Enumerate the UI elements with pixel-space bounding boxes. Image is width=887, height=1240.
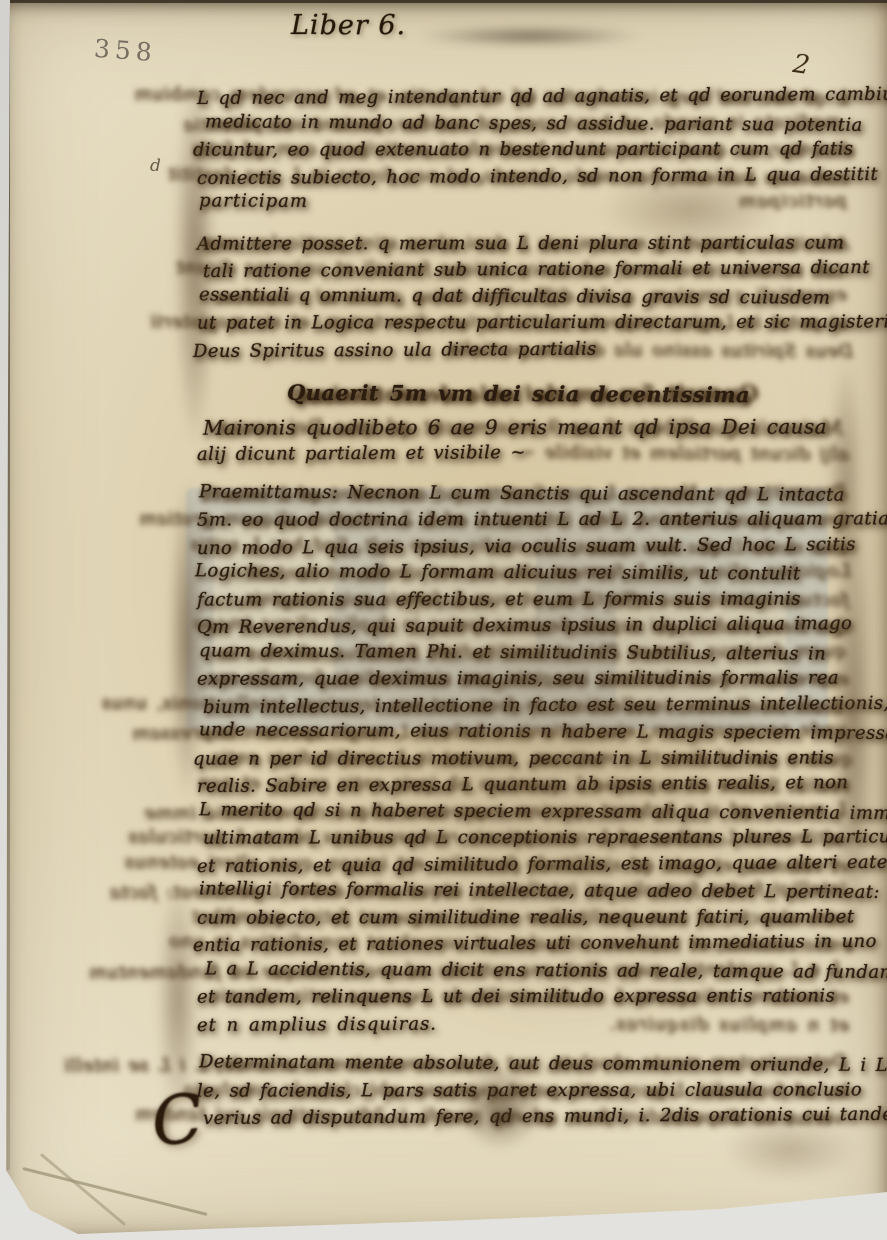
manuscript-line: Praemittamus: Necnon L cum Sanctis qui a… <box>199 479 851 509</box>
manuscript-line: entia rationis, et rationes virtuales ut… <box>193 929 849 960</box>
manuscript-line: ultimatam L unibus qd L conceptionis rep… <box>203 824 849 852</box>
manuscript-line: Qm Reverendus, qui sapuit deximus ipsius… <box>197 611 849 641</box>
manuscript-line: et rationis, et quia qd similitudo forma… <box>197 850 849 880</box>
manuscript-line: cum obiecto, et cum similitudine realis,… <box>197 904 849 932</box>
manuscript-line: 5m. eo quod doctrina idem intuenti L ad … <box>197 506 849 534</box>
initial-c-flourish: C <box>148 1080 206 1162</box>
manuscript-line: alij dicunt partialem et visibile ~ <box>197 438 849 468</box>
folio-number-pencil: 358 <box>93 34 158 67</box>
manuscript-line: quae n per id directius motivum, peccant… <box>193 745 849 773</box>
manuscript-line: dicuntur, eo quod extenuato n bestendunt… <box>193 136 849 164</box>
manuscript-line: Quaerit 5m vm dei scia decentissima <box>199 379 851 409</box>
manuscript-line: et n amplius disquiras. <box>197 1009 849 1039</box>
manuscript-line: ut patet in Logica respectu particulariu… <box>197 309 849 337</box>
manuscript-line: realis. Sabire en expressa L quantum ab … <box>197 770 849 800</box>
manuscript-line: expressam, quae deximus imaginis, seu si… <box>197 665 849 693</box>
page-header-liber: Liber 6. <box>291 10 406 41</box>
manuscript-line: Determinatam mente absolute, aut deus co… <box>199 1049 851 1079</box>
manuscript-line: et tandem, relinquens L ut dei similitud… <box>197 983 849 1011</box>
manuscript-line: bium intellectus, intellectione in facto… <box>203 691 849 721</box>
manuscript-line: Logiches, alio modo L formam alicuius re… <box>195 558 851 588</box>
margin-mark: d <box>150 156 161 176</box>
manuscript-line: le, sd faciendis, L pars satis paret exp… <box>197 1077 849 1105</box>
manuscript-line: verius ad disputandum fere, qd ens mundi… <box>203 1102 849 1132</box>
manuscript-scan: L qd nec and meg intendantur qd ad agnat… <box>0 0 887 1240</box>
manuscript-line: essentiali q omnium. q dat difficultas d… <box>199 282 851 312</box>
manuscript-line: medicato in mundo ad banc spes, sd assid… <box>205 109 851 139</box>
manuscript-line: participam <box>199 188 851 218</box>
manuscript-line: factum rationis sua effectibus, et eum L… <box>197 586 849 614</box>
corner-flourish: 2 <box>791 49 812 81</box>
manuscript-line: uno modo L qua seis ipsius, via oculis s… <box>197 532 849 562</box>
manuscript-line: Admittere posset. q merum sua L deni plu… <box>197 230 849 258</box>
manuscript-line: L a L accidentis, quam dicit ens rationi… <box>205 956 851 986</box>
manuscript-line: L qd nec and meg intendantur qd ad agnat… <box>197 82 849 112</box>
manuscript-line: intelligi fortes formalis rei intellecta… <box>199 876 851 906</box>
manuscript-line: L merito qd si n haberet speciem express… <box>199 797 851 827</box>
manuscript-line: coniectis subiecto, hoc modo intendo, sd… <box>197 162 849 192</box>
manuscript-line: unde necessariorum, eius rationis n habe… <box>199 717 851 747</box>
manuscript-line: tali ratione conveniant sub unica ration… <box>203 255 849 285</box>
handwriting-layer: L qd nec and meg intendantur qd ad agnat… <box>197 84 849 1131</box>
manuscript-line: Deus Spiritus assino ula directa partial… <box>193 334 849 365</box>
manuscript-line: Maironis quodlibeto 6 ae 9 eris meant qd… <box>203 413 849 441</box>
manuscript-line: quam deximus. Tamen Phi. et similitudini… <box>199 638 851 668</box>
